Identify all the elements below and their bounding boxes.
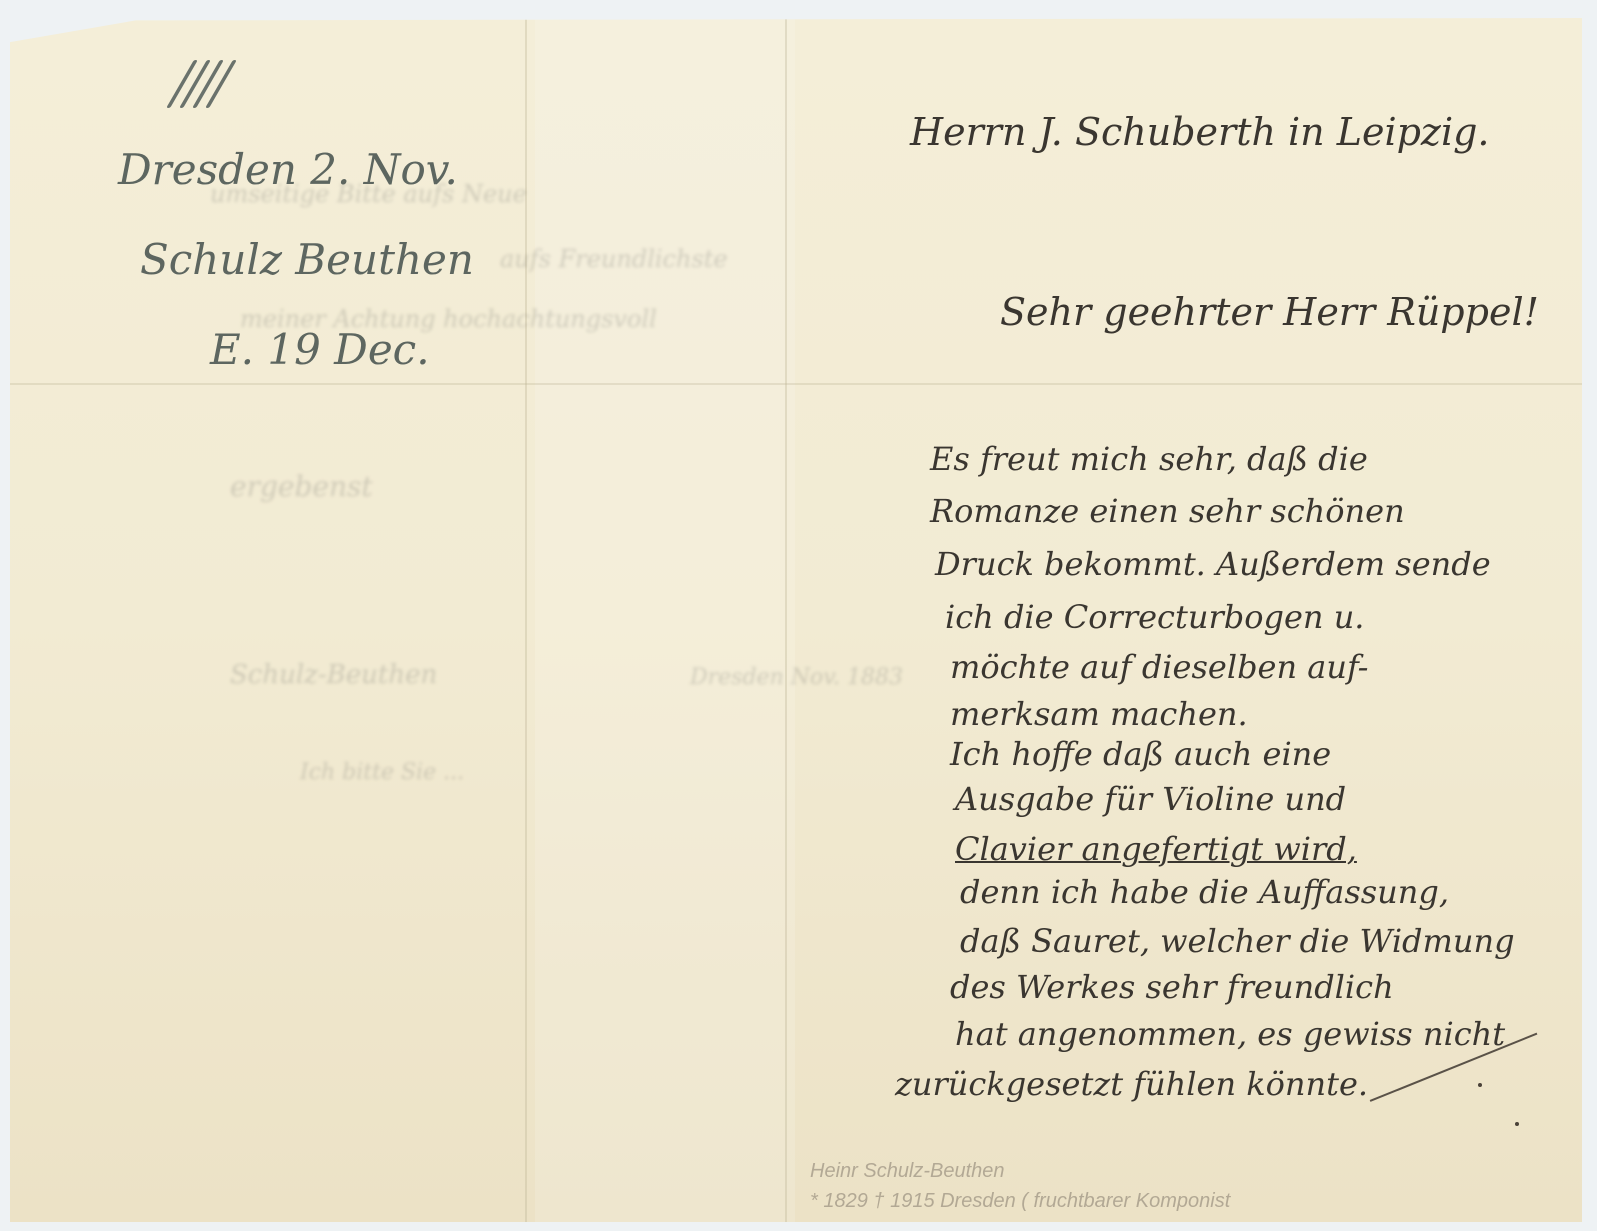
salutation: Sehr geehrter Herr Rüppel! xyxy=(1000,290,1539,334)
body-line: denn ich habe die Auffassung, xyxy=(960,873,1449,911)
body-line: hat angenommen, es gewiss nicht xyxy=(955,1015,1505,1053)
pencil-note-line1: Heinr Schulz-Beuthen xyxy=(810,1160,1005,1183)
body-line: möchte auf dieselben auf- xyxy=(950,648,1368,686)
docket-sender: Schulz Beuthen xyxy=(140,235,474,284)
ghost-text: Schulz-Beuthen xyxy=(230,660,437,690)
body-line: Druck bekommt. Außerdem sende xyxy=(935,545,1491,583)
fold-line-horizontal xyxy=(10,383,1582,385)
ink-dot xyxy=(1515,1122,1519,1126)
address-line: Herrn J. Schuberth in Leipzig. xyxy=(910,110,1490,154)
body-line: des Werkes sehr freundlich xyxy=(950,968,1394,1006)
docket-place-date: Dresden 2. Nov. xyxy=(118,145,458,194)
docket-received: E. 19 Dec. xyxy=(210,325,430,374)
body-line: zurückgesetzt fühlen könnte. xyxy=(895,1065,1368,1103)
body-line-underlined: Ausgabe für Violine und xyxy=(955,780,1346,818)
body-line: Es freut mich sehr, daß die xyxy=(930,440,1368,478)
body-line: Ich hoffe daß auch eine xyxy=(950,735,1331,773)
body-line: ich die Correcturbogen u. xyxy=(945,598,1364,636)
fold-line-vertical-2 xyxy=(785,18,787,1222)
ghost-text: Dresden Nov. 1883 xyxy=(690,665,903,690)
tally-mark xyxy=(180,60,232,112)
body-line: Romanze einen sehr schönen xyxy=(930,492,1405,530)
ghost-text: Ich bitte Sie ... xyxy=(300,760,464,785)
ink-dot xyxy=(1478,1083,1482,1087)
paper-panel-tone xyxy=(535,18,795,1222)
body-line: daß Sauret, welcher die Widmung xyxy=(960,922,1515,960)
body-line-underlined: Clavier angefertigt wird, xyxy=(955,830,1357,868)
ghost-text: ergebenst xyxy=(230,470,373,503)
pencil-note-line2: * 1829 † 1915 Dresden ( fruchtbarer Komp… xyxy=(810,1190,1230,1213)
ghost-text: aufs Freundlichste xyxy=(500,245,728,273)
body-line: merksam machen. xyxy=(950,695,1248,733)
